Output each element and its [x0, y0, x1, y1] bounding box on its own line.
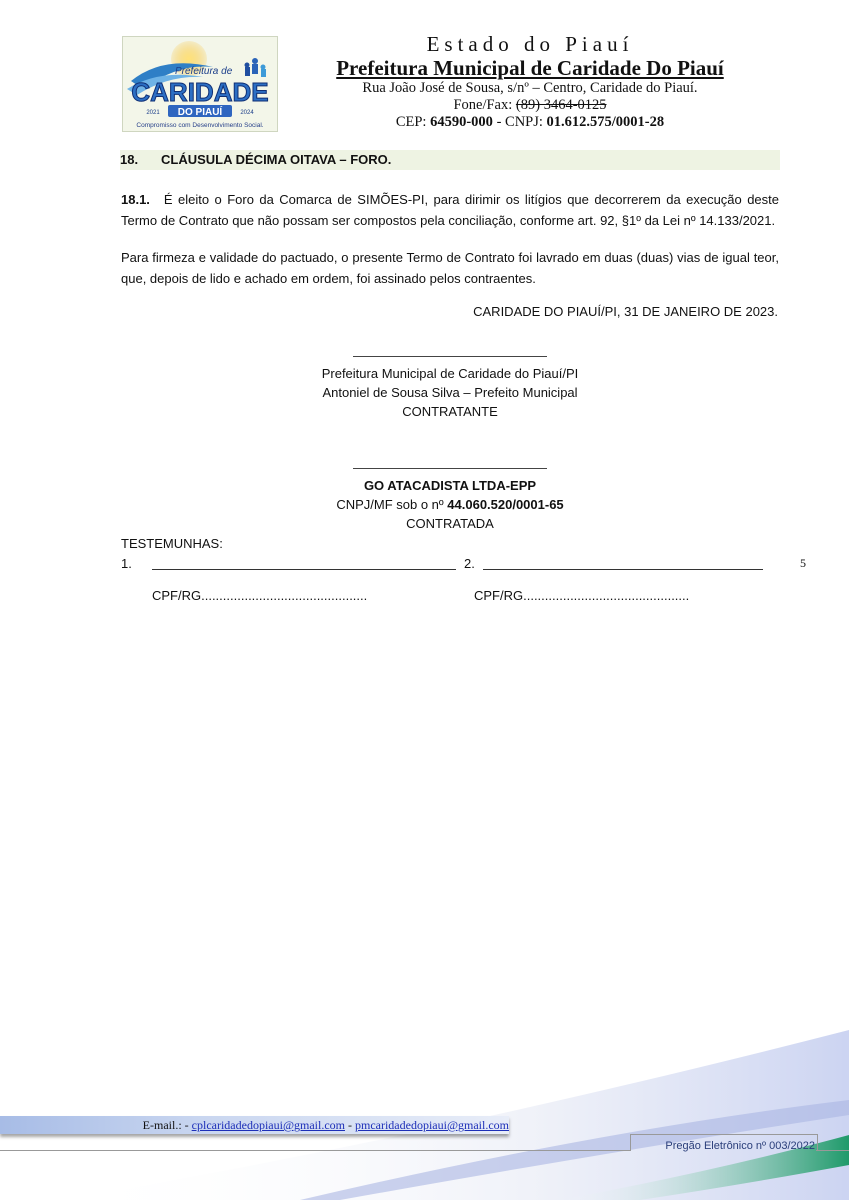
signature-contratada: GO ATACADISTA LTDA-EPP CNPJ/MF sob o nº …: [300, 468, 600, 533]
people-icon: [245, 58, 267, 77]
contratada-role: CONTRATADA: [300, 514, 600, 533]
prefecture-name: Prefeitura Municipal de Caridade Do Piau…: [320, 56, 740, 80]
logo-graphic: Prefeitura de CARIDADE DO PIAUÍ 2021 202…: [123, 37, 277, 131]
phone-label: Fone/Fax:: [453, 97, 515, 113]
signature-contratante: Prefeitura Municipal de Caridade do Piau…: [300, 356, 600, 421]
witness-2-cpf: CPF/RG..................................…: [474, 588, 689, 603]
cep-label: CEP:: [396, 114, 430, 130]
svg-text:2021: 2021: [146, 110, 160, 116]
footer-divider: [0, 1150, 630, 1151]
contratante-role: CONTRATANTE: [300, 402, 600, 421]
contratada-org: GO ATACADISTA LTDA-EPP: [300, 476, 600, 495]
svg-text:2024: 2024: [240, 110, 254, 116]
witness-2-line: [483, 569, 763, 570]
section-heading: 18.CLÁUSULA DÉCIMA OITAVA – FORO.: [120, 150, 780, 170]
contratante-name: Antoniel de Sousa Silva – Prefeito Munic…: [300, 383, 600, 402]
prefecture-logo: Prefeitura de CARIDADE DO PIAUÍ 2021 202…: [122, 36, 278, 132]
page-number: 5: [800, 556, 806, 571]
cnpj-label: - CNPJ:: [493, 114, 547, 130]
cep-value: 64590-000: [430, 114, 493, 130]
email-bar: E-mail.: - cplcaridadedopiaui@gmail.com …: [0, 1116, 509, 1134]
witness-1-line: [152, 569, 456, 570]
footer-divider-right: [816, 1150, 849, 1151]
witness-1-number: 1.: [121, 556, 132, 571]
contratada-cnpj-value: 44.060.520/0001-65: [447, 497, 563, 512]
email-link-pm[interactable]: pmcaridadedopiaui@gmail.com: [355, 1118, 509, 1132]
witness-2-number: 2.: [464, 556, 475, 571]
signature-line: [353, 356, 547, 358]
svg-text:Prefeitura de: Prefeitura de: [175, 66, 233, 77]
cnpj-value: 01.612.575/0001-28: [547, 114, 665, 130]
state-name: Estado do Piauí: [320, 32, 740, 56]
date-line: CARIDADE DO PIAUÍ/PI, 31 DE JANEIRO DE 2…: [473, 304, 778, 319]
clause-label: 18.1.: [121, 192, 150, 207]
phone: Fone/Fax: (89) 3464-0125: [320, 97, 740, 114]
letterhead: Estado do Piauí Prefeitura Municipal de …: [320, 32, 740, 131]
witnesses-label: TESTEMUNHAS:: [121, 536, 223, 551]
procurement-reference: Pregão Eletrônico nº 003/2022: [630, 1134, 818, 1151]
contratante-org: Prefeitura Municipal de Caridade do Piau…: [300, 364, 600, 383]
phone-value: (89) 3464-0125: [516, 97, 607, 113]
email-label: E-mail.: -: [143, 1118, 192, 1132]
section-number: 18.: [120, 150, 161, 170]
svg-text:Compromisso com Desenvolviment: Compromisso com Desenvolvimento Social.: [136, 122, 263, 129]
svg-text:DO PIAUÍ: DO PIAUÍ: [178, 105, 223, 118]
section-title: CLÁUSULA DÉCIMA OITAVA – FORO.: [161, 152, 391, 167]
cep-cnpj: CEP: 64590-000 - CNPJ: 01.612.575/0001-2…: [320, 114, 740, 131]
email-separator: -: [345, 1118, 355, 1132]
clause-18-1: 18.1.É eleito o Foro da Comarca de SIMÕE…: [121, 189, 779, 231]
email-link-cpl[interactable]: cplcaridadedopiaui@gmail.com: [192, 1118, 345, 1132]
signature-line: [353, 468, 547, 470]
address: Rua João José de Sousa, s/nº – Centro, C…: [320, 80, 740, 97]
svg-text:CARIDADE: CARIDADE: [131, 77, 268, 107]
closing-paragraph: Para firmeza e validade do pactuado, o p…: [121, 247, 779, 289]
contratada-cnpj: CNPJ/MF sob o nº 44.060.520/0001-65: [300, 495, 600, 514]
clause-text: É eleito o Foro da Comarca de SIMÕES-PI,…: [121, 192, 779, 228]
contratada-cnpj-label: CNPJ/MF sob o nº: [336, 497, 447, 512]
witness-1-cpf: CPF/RG..................................…: [152, 588, 367, 603]
